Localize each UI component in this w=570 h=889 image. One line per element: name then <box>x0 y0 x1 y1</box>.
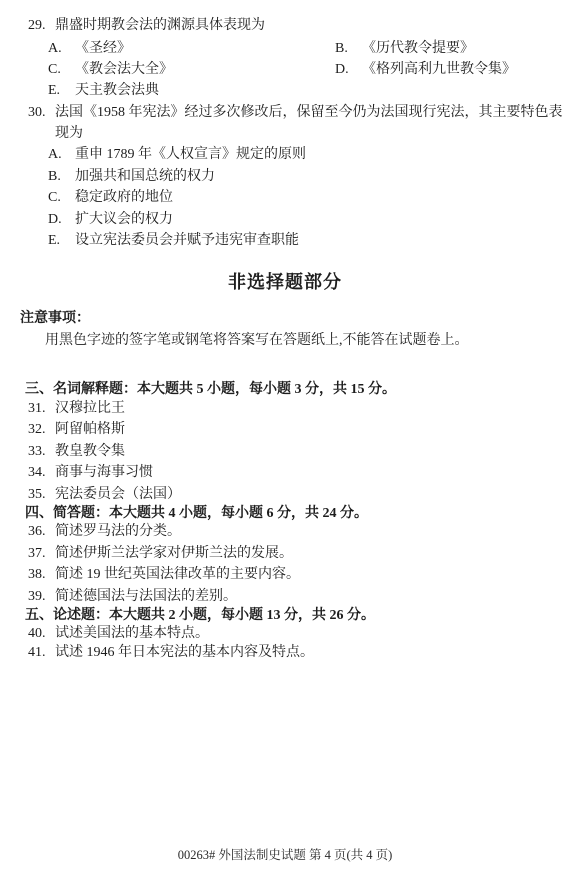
option-label: B. <box>48 169 75 184</box>
notice-heading: 注意事项： <box>20 311 90 326</box>
exam-item-41: 41.试述 1946 年日本宪法的基本内容及特点。 <box>28 645 314 660</box>
exam-item-33: 33.教皇教令集 <box>28 444 125 459</box>
exam-item-40: 40.试述美国法的基本特点。 <box>28 626 209 641</box>
section-five-heading: 五、论述题：本大题共 2 小题，每小题 13 分，共 26 分。 <box>25 608 375 623</box>
option-label: D. <box>48 212 75 227</box>
exam-item-39: 39.简述德国法与法国法的差别。 <box>28 589 237 604</box>
option-text: 设立宪法委员会并赋予违宪审查职能 <box>75 233 299 248</box>
section-three-heading: 三、名词解释题：本大题共 5 小题，每小题 3 分，共 15 分。 <box>25 382 396 397</box>
option-label: C. <box>48 190 75 205</box>
option-text: 重申 1789 年《人权宣言》规定的原则 <box>75 147 306 162</box>
question-29-option-c: C.《教会法大全》 <box>48 62 173 77</box>
option-label: B. <box>335 41 362 56</box>
question-30-option-d: D.扩大议会的权力 <box>48 212 173 227</box>
item-number: 31. <box>28 401 55 416</box>
exam-item-34: 34.商事与海事习惯 <box>28 465 153 480</box>
option-text: 扩大议会的权力 <box>75 212 173 227</box>
option-text: 《历代教令提要》 <box>362 41 474 56</box>
option-label: A. <box>48 41 75 56</box>
question-30-text-line2: 现为 <box>55 126 83 141</box>
exam-item-35: 35.宪法委员会（法国） <box>28 487 181 502</box>
item-number: 41. <box>28 645 55 660</box>
notice-text: 用黑色字迹的签字笔或钢笔将答案写在答题纸上,不能答在试题卷上。 <box>45 333 469 348</box>
item-number: 39. <box>28 589 55 604</box>
question-30-option-b: B.加强共和国总统的权力 <box>48 169 215 184</box>
item-text: 试述 1946 年日本宪法的基本内容及特点。 <box>55 645 314 660</box>
option-text: 加强共和国总统的权力 <box>75 169 215 184</box>
item-text: 简述 19 世纪英国法律改革的主要内容。 <box>55 567 300 582</box>
question-30-stem-wrap: 现为 <box>55 126 83 141</box>
exam-item-37: 37.简述伊斯兰法学家对伊斯兰法的发展。 <box>28 546 293 561</box>
option-label: A. <box>48 147 75 162</box>
question-29-number: 29. <box>28 18 55 33</box>
question-30-stem: 30.法国《1958 年宪法》经过多次修改后，保留至今仍为法国现行宪法，其主要特… <box>28 105 563 120</box>
option-text: 《圣经》 <box>75 41 131 56</box>
option-text: 《教会法大全》 <box>75 62 173 77</box>
question-30-option-e: E.设立宪法委员会并赋予违宪审查职能 <box>48 233 299 248</box>
page-footer: 00263# 外国法制史试题 第 4 页(共 4 页) <box>0 845 570 863</box>
question-30-number: 30. <box>28 105 55 120</box>
item-text: 简述罗马法的分类。 <box>55 524 181 539</box>
exam-item-38: 38.简述 19 世纪英国法律改革的主要内容。 <box>28 567 300 582</box>
item-number: 38. <box>28 567 55 582</box>
item-number: 37. <box>28 546 55 561</box>
item-text: 商事与海事习惯 <box>55 465 153 480</box>
option-label: E. <box>48 83 75 98</box>
item-number: 34. <box>28 465 55 480</box>
question-30-option-a: A.重申 1789 年《人权宣言》规定的原则 <box>48 147 306 162</box>
exam-paper-page: 29.鼎盛时期教会法的渊源具体表现为 A.《圣经》 B.《历代教令提要》 C.《… <box>0 0 570 889</box>
item-number: 33. <box>28 444 55 459</box>
option-text: 《格列高利九世教令集》 <box>362 62 516 77</box>
option-text: 稳定政府的地位 <box>75 190 173 205</box>
question-30-option-c: C.稳定政府的地位 <box>48 190 173 205</box>
section-title: 非选择题部分 <box>0 268 570 294</box>
item-text: 汉穆拉比王 <box>55 401 125 416</box>
option-label: E. <box>48 233 75 248</box>
exam-item-31: 31.汉穆拉比王 <box>28 401 125 416</box>
item-text: 宪法委员会（法国） <box>55 487 181 502</box>
option-text: 天主教会法典 <box>75 83 159 98</box>
option-label: C. <box>48 62 75 77</box>
item-number: 32. <box>28 422 55 437</box>
question-29-option-e: E.天主教会法典 <box>48 83 159 98</box>
item-text: 简述德国法与法国法的差别。 <box>55 589 237 604</box>
item-number: 35. <box>28 487 55 502</box>
item-text: 教皇教令集 <box>55 444 125 459</box>
exam-item-36: 36.简述罗马法的分类。 <box>28 524 181 539</box>
question-29-option-a: A.《圣经》 <box>48 41 131 56</box>
question-29-option-b: B.《历代教令提要》 <box>335 41 474 56</box>
item-number: 36. <box>28 524 55 539</box>
question-29-stem: 29.鼎盛时期教会法的渊源具体表现为 <box>28 18 265 33</box>
option-label: D. <box>335 62 362 77</box>
item-text: 阿留帕格斯 <box>55 422 125 437</box>
section-four-heading: 四、简答题：本大题共 4 小题，每小题 6 分，共 24 分。 <box>25 506 368 521</box>
item-number: 40. <box>28 626 55 641</box>
item-text: 试述美国法的基本特点。 <box>55 626 209 641</box>
item-text: 简述伊斯兰法学家对伊斯兰法的发展。 <box>55 546 293 561</box>
question-29-option-d: D.《格列高利九世教令集》 <box>335 62 516 77</box>
exam-item-32: 32.阿留帕格斯 <box>28 422 125 437</box>
question-29-text: 鼎盛时期教会法的渊源具体表现为 <box>55 18 265 33</box>
question-30-text-line1: 法国《1958 年宪法》经过多次修改后，保留至今仍为法国现行宪法，其主要特色表 <box>55 105 563 120</box>
